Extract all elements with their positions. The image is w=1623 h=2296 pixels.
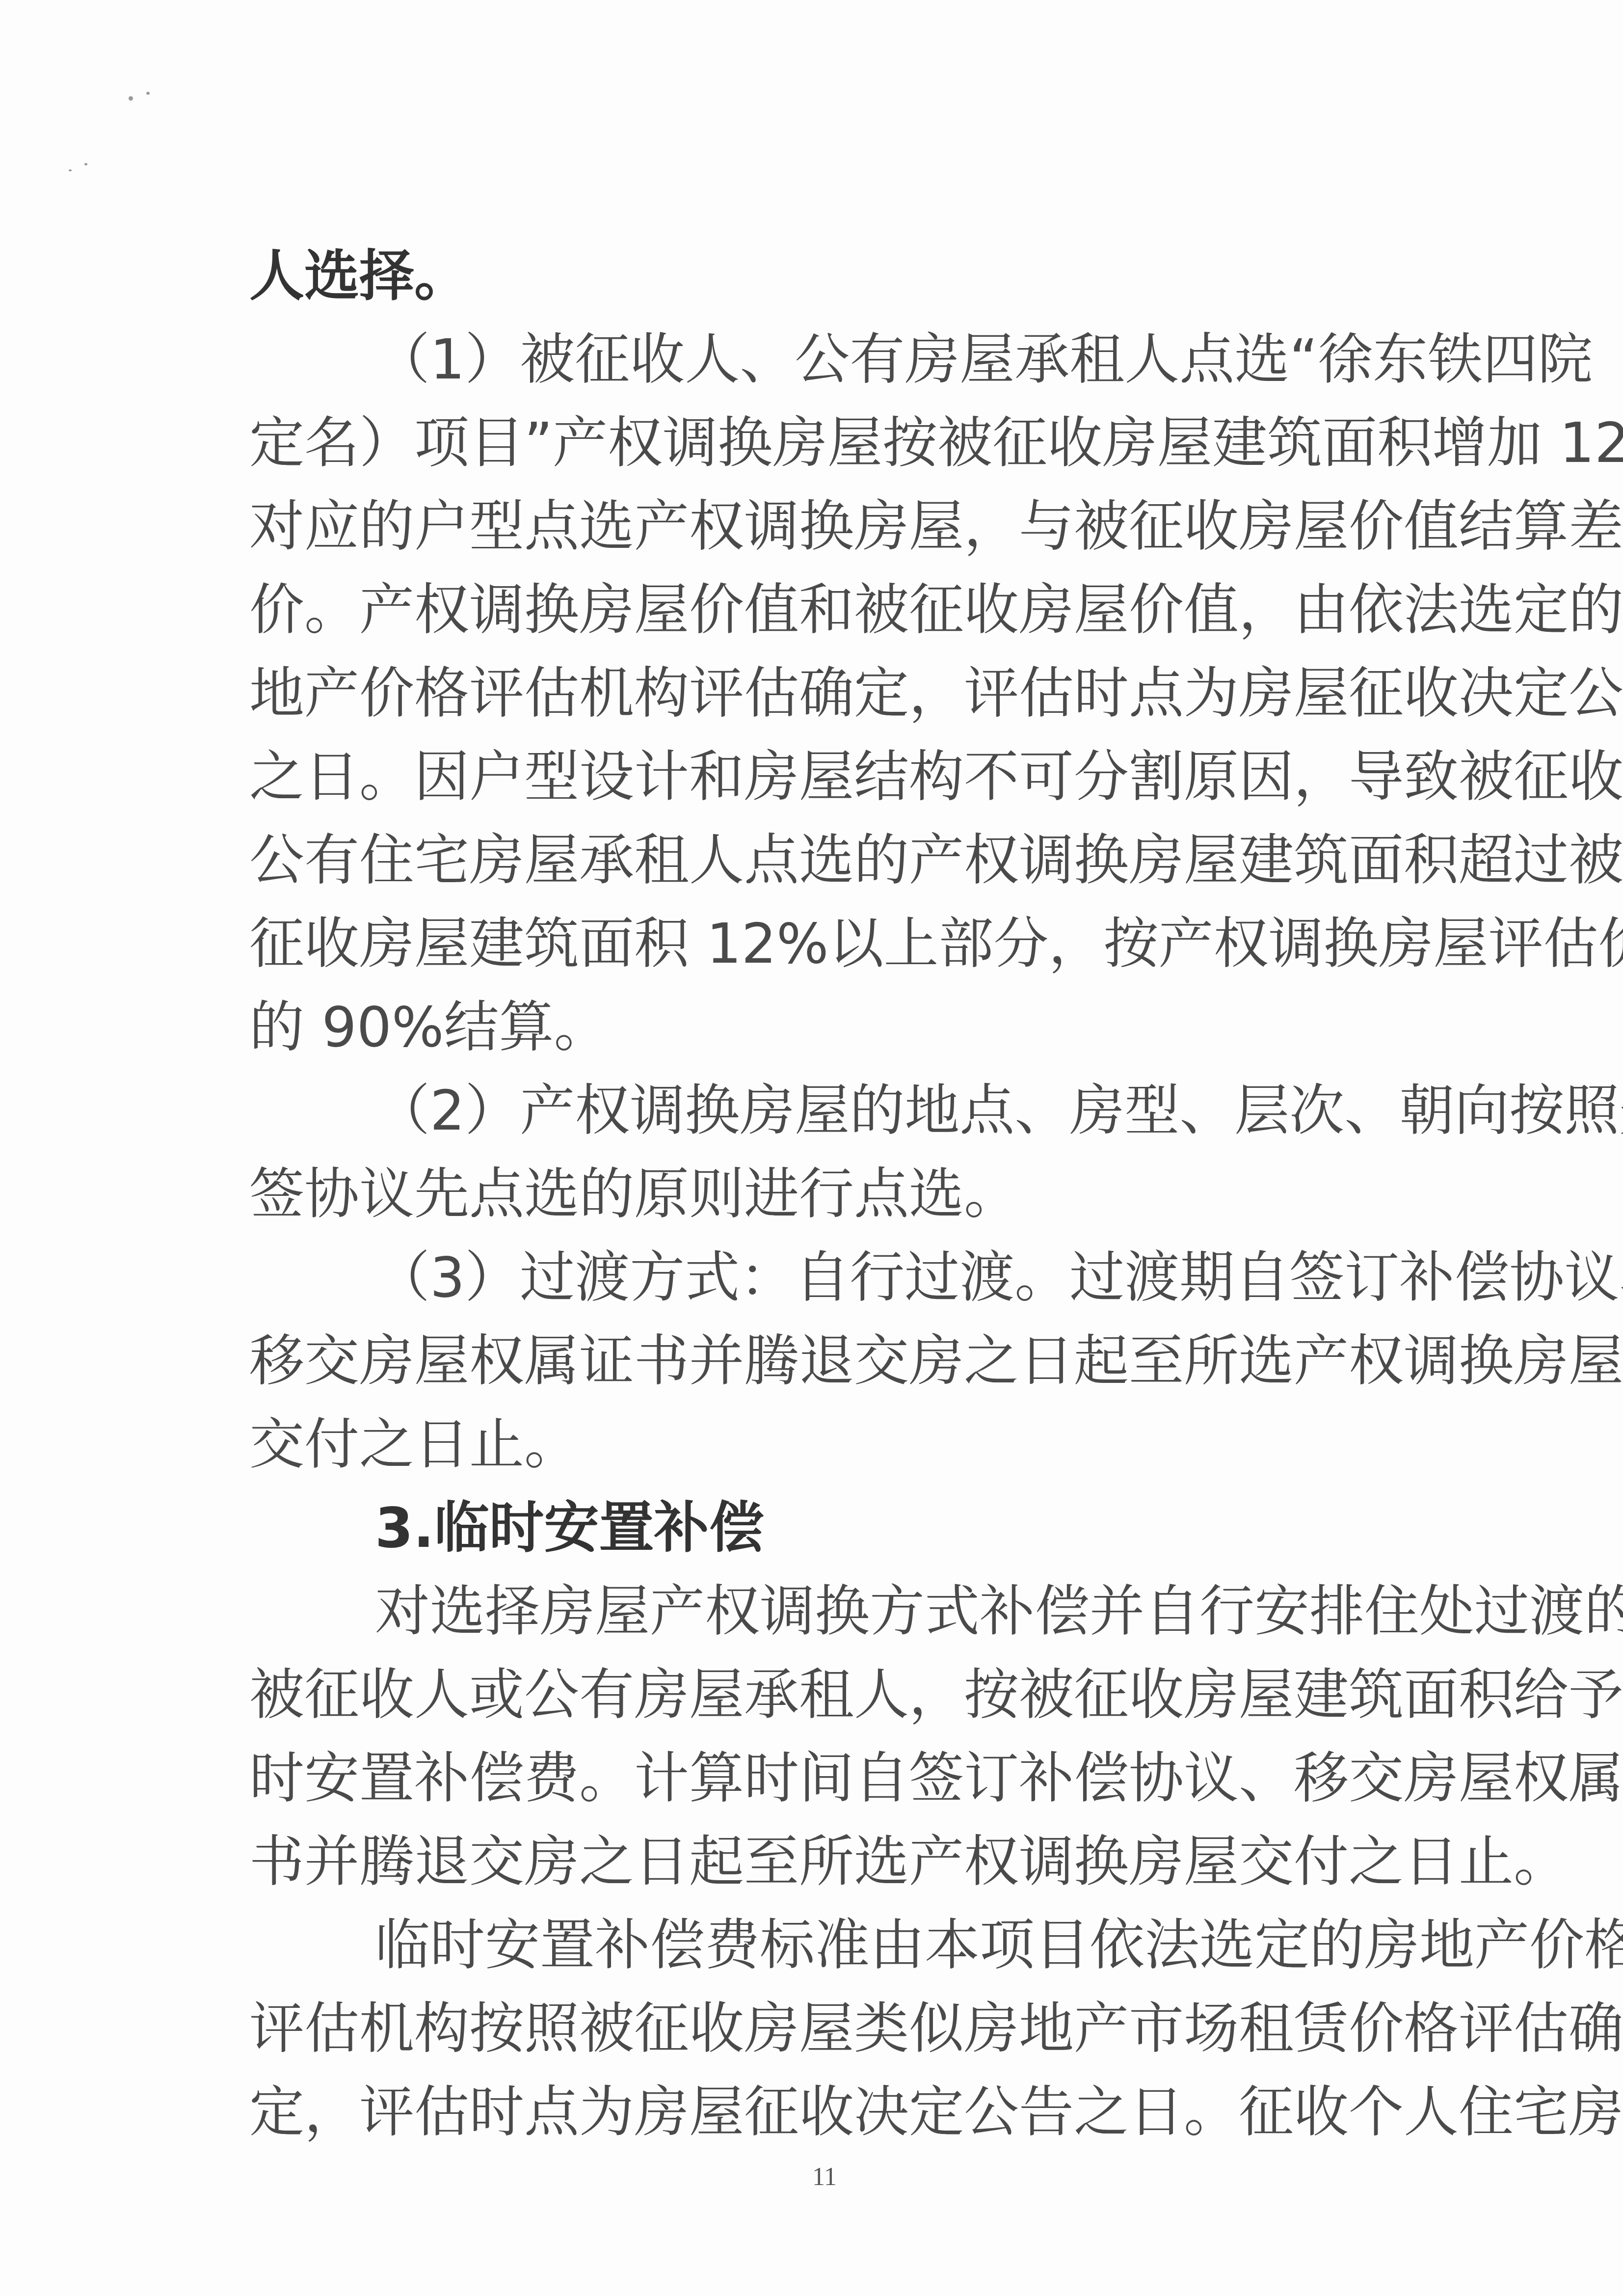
text-line: 时安置补偿费。计算时间自签订补偿协议、移交房屋权属证 [249,1737,1393,1820]
page-number: 11 [795,2162,854,2191]
document-page: 人选择。（1）被征收人、公有房屋承租人点选“徐东铁四院（暂定名）项目”产权调换房… [0,0,1623,2296]
text-line: 被征收人或公有房屋承租人，按被征收房屋建筑面积给予临 [249,1653,1393,1737]
scan-speck [129,96,133,101]
text-line: 征收房屋建筑面积 12%以上部分，按产权调换房屋评估价格 [249,902,1393,986]
text-line: 签协议先点选的原则进行点选。 [249,1153,1393,1236]
body-text: 人选择。（1）被征收人、公有房屋承租人点选“徐东铁四院（暂定名）项目”产权调换房… [249,235,1393,2154]
text-line: （1）被征收人、公有房屋承租人点选“徐东铁四院（暂 [249,318,1393,402]
text-line: （3）过渡方式：自行过渡。过渡期自签订补偿协议、 [249,1236,1393,1320]
text-line: 定名）项目”产权调换房屋按被征收房屋建筑面积增加 12% [249,402,1393,485]
scan-speck [69,169,72,171]
text-line: （2）产权调换房屋的地点、房型、层次、朝向按照先 [249,1069,1393,1153]
text-line: 移交房屋权属证书并腾退交房之日起至所选产权调换房屋 [249,1320,1393,1403]
text-line: 人选择。 [249,235,1393,318]
text-line: 之日。因户型设计和房屋结构不可分割原因，导致被征收人、 [249,735,1393,819]
text-line: 书并腾退交房之日起至所选产权调换房屋交付之日止。 [249,1820,1393,1904]
text-line: 交付之日止。 [249,1403,1393,1486]
text-line: 地产价格评估机构评估确定，评估时点为房屋征收决定公告 [249,652,1393,735]
text-line: 公有住宅房屋承租人点选的产权调换房屋建筑面积超过被 [249,819,1393,902]
scan-speck [84,163,87,165]
text-line: 对应的户型点选产权调换房屋，与被征收房屋价值结算差 [249,485,1393,568]
text-line: 的 90%结算。 [249,986,1393,1069]
text-line: 定，评估时点为房屋征收决定公告之日。征收个人住宅房屋， [249,2071,1393,2154]
scan-speck [146,92,150,95]
text-line: 评估机构按照被征收房屋类似房地产市场租赁价格评估确 [249,1987,1393,2071]
text-line: 对选择房屋产权调换方式补偿并自行安排住处过渡的 [249,1570,1393,1653]
text-line: 价。产权调换房屋价值和被征收房屋价值，由依法选定的房 [249,568,1393,652]
text-line: 临时安置补偿费标准由本项目依法选定的房地产价格 [249,1904,1393,1987]
text-line: 3.临时安置补偿 [249,1486,1393,1570]
